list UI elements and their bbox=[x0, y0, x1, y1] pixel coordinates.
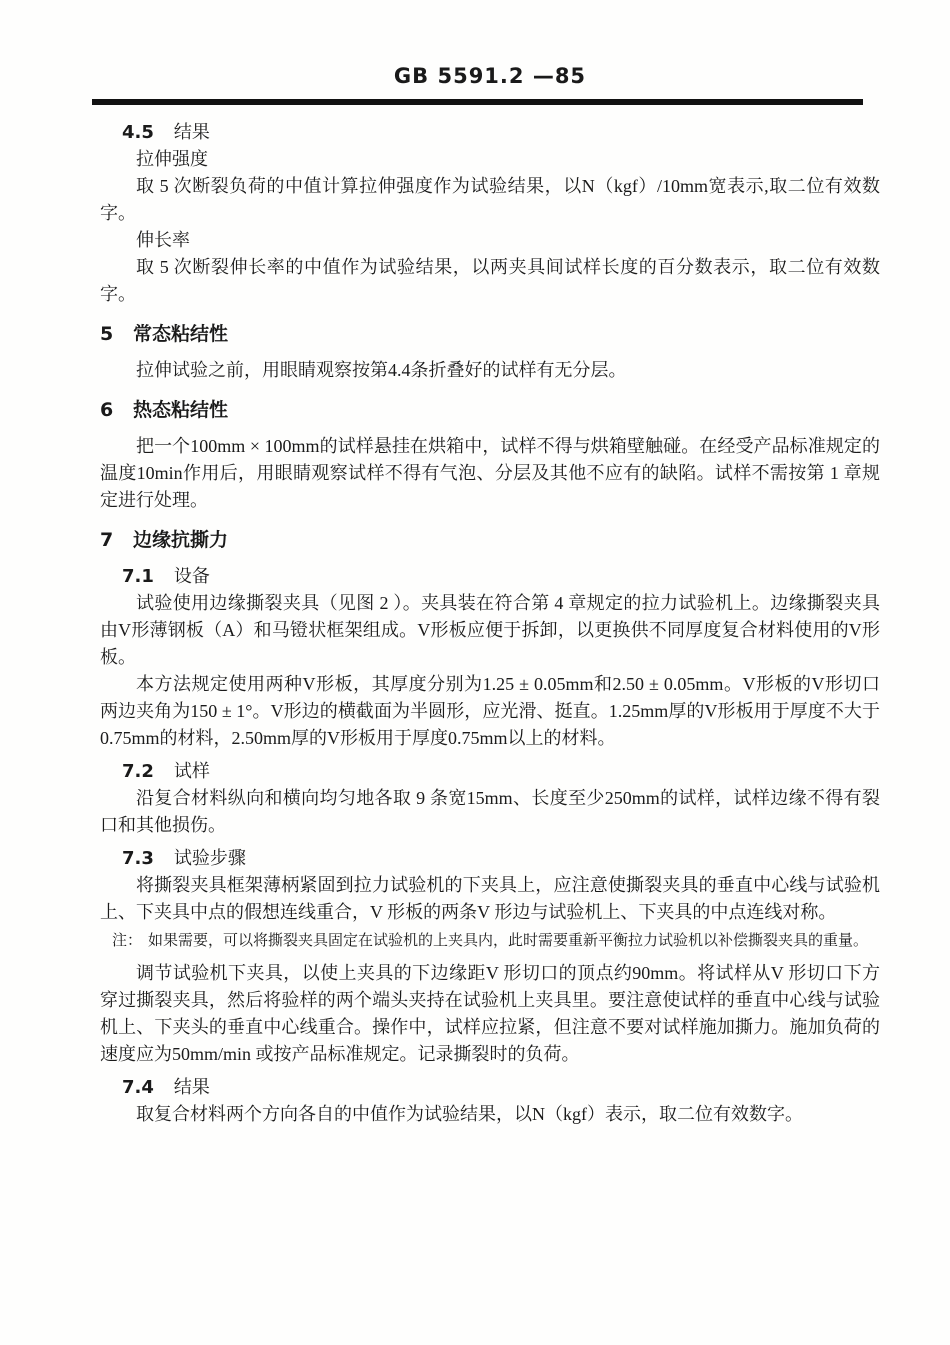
heading-number: 7.3 bbox=[122, 848, 154, 869]
heading-title: 试验步骤 bbox=[174, 848, 246, 868]
standard-number-header: GB 5591.2 —85 bbox=[100, 64, 880, 88]
paragraph: 把一个100mm × 100mm的试样悬挂在烘箱中，试样不得与烘箱壁触碰。在经受… bbox=[100, 433, 880, 514]
heading-number: 5 bbox=[100, 321, 133, 348]
paragraph: 拉伸试验之前，用眼睛观察按第4.4条折叠好的试样有无分层。 bbox=[100, 357, 880, 384]
heading-title: 试样 bbox=[174, 761, 210, 781]
note-block: 注：如果需要，可以将撕裂夹具固定在试验机的上夹具内，此时需要重新平衡拉力试验机以… bbox=[112, 929, 880, 953]
document-page: GB 5591.2 —85 4.5结果 拉伸强度 取 5 次断裂负荷的中值计算拉… bbox=[0, 0, 950, 1128]
heading-7-1: 7.1设备 bbox=[122, 563, 880, 590]
heading-number: 7.1 bbox=[122, 566, 154, 587]
heading-title: 常态粘结性 bbox=[133, 323, 228, 345]
heading-number: 7.2 bbox=[122, 761, 154, 782]
heading-title: 边缘抗撕力 bbox=[133, 529, 228, 551]
note-text: 如果需要，可以将撕裂夹具固定在试验机的上夹具内，此时需要重新平衡拉力试验机以补偿… bbox=[148, 933, 868, 949]
heading-5: 5常态粘结性 bbox=[100, 321, 880, 348]
heading-title: 结果 bbox=[174, 122, 210, 142]
heading-7-4: 7.4结果 bbox=[122, 1074, 880, 1101]
header-rule bbox=[92, 99, 863, 105]
heading-title: 结果 bbox=[174, 1077, 210, 1097]
heading-title: 热态粘结性 bbox=[133, 399, 228, 421]
heading-number: 7 bbox=[100, 527, 133, 554]
note-label: 注： bbox=[112, 933, 142, 949]
paragraph: 试验使用边缘撕裂夹具（见图 2 ）。夹具装在符合第 4 章规定的拉力试验机上。边… bbox=[100, 590, 880, 671]
heading-7-2: 7.2试样 bbox=[122, 758, 880, 785]
heading-6: 6热态粘结性 bbox=[100, 397, 880, 424]
paragraph: 取 5 次断裂负荷的中值计算拉伸强度作为试验结果，以N（kgf）/10mm宽表示… bbox=[100, 173, 880, 227]
heading-title: 设备 bbox=[174, 566, 210, 586]
heading-number: 4.5 bbox=[122, 122, 154, 143]
paragraph: 取复合材料两个方向各自的中值作为试验结果，以N（kgf）表示，取二位有效数字。 bbox=[100, 1101, 880, 1128]
paragraph: 调节试验机下夹具，以使上夹具的下边缘距V 形切口的顶点约90mm。将试样从V 形… bbox=[100, 960, 880, 1068]
heading-number: 7.4 bbox=[122, 1077, 154, 1098]
paragraph: 取 5 次断裂伸长率的中值作为试验结果，以两夹具间试样长度的百分数表示，取二位有… bbox=[100, 254, 880, 308]
paragraph: 将撕裂夹具框架薄柄紧固到拉力试验机的下夹具上，应注意使撕裂夹具的垂直中心线与试验… bbox=[100, 872, 880, 926]
paragraph: 沿复合材料纵向和横向均匀地各取 9 条宽15mm、长度至少250mm的试样，试样… bbox=[100, 785, 880, 839]
subheading-elongation: 伸长率 bbox=[100, 227, 880, 254]
paragraph: 本方法规定使用两种V形板，其厚度分别为1.25 ± 0.05mm和2.50 ± … bbox=[100, 671, 880, 752]
heading-7-3: 7.3试验步骤 bbox=[122, 845, 880, 872]
document-body: 4.5结果 拉伸强度 取 5 次断裂负荷的中值计算拉伸强度作为试验结果，以N（k… bbox=[100, 119, 880, 1128]
heading-7: 7边缘抗撕力 bbox=[100, 527, 880, 554]
heading-4-5: 4.5结果 bbox=[122, 119, 880, 146]
heading-number: 6 bbox=[100, 397, 133, 424]
subheading-tensile-strength: 拉伸强度 bbox=[100, 146, 880, 173]
